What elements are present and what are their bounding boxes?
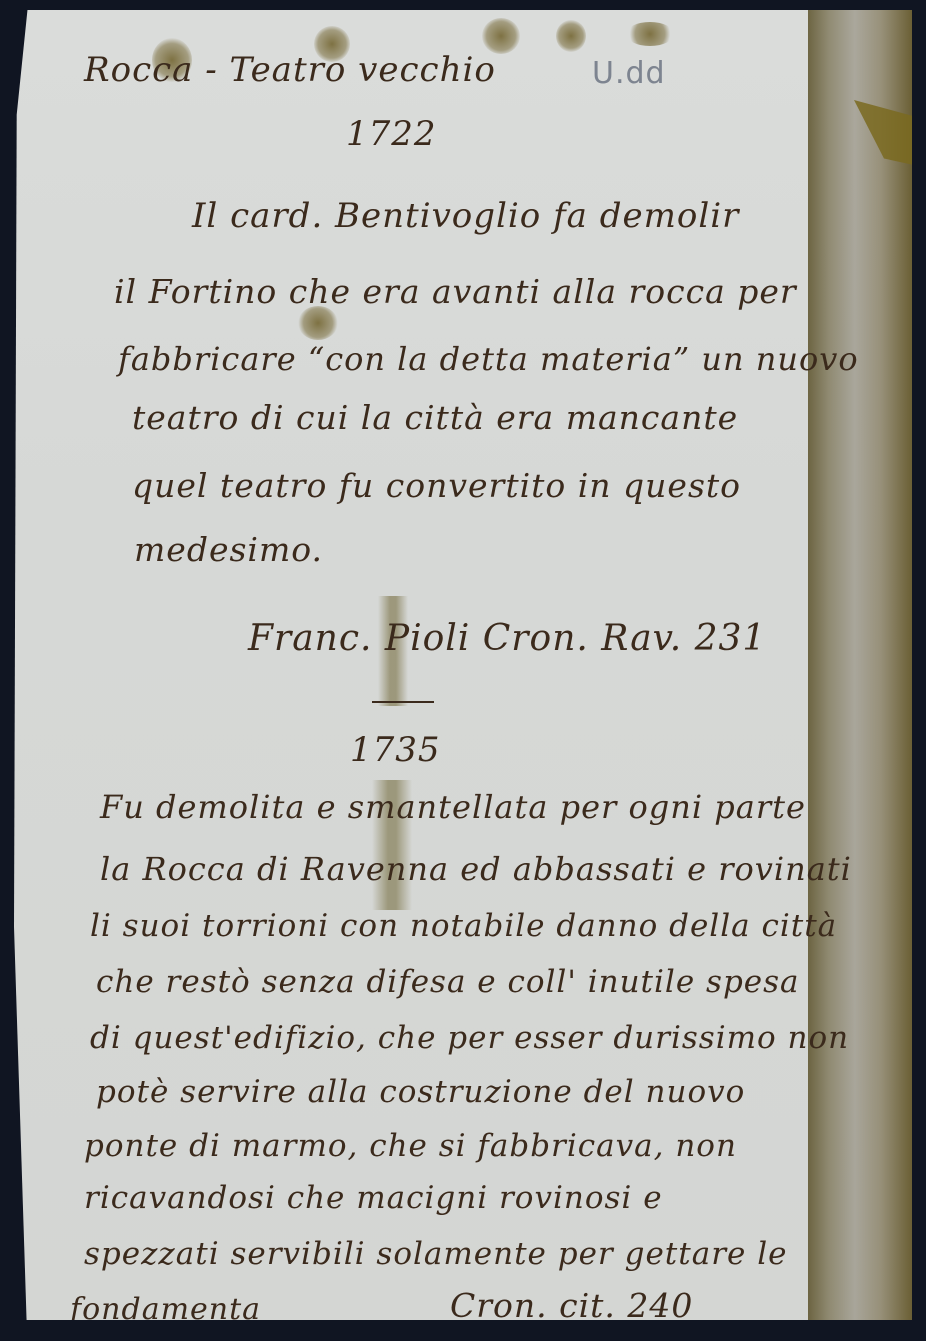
text-line: Il card. Bentivoglio fa demolir [192, 196, 739, 236]
ink-stain [482, 18, 520, 54]
text-line: teatro di cui la città era mancante [132, 398, 738, 437]
text-line: potè servire alla costruzione del nuovo [96, 1074, 745, 1110]
document-title: Rocca - Teatro vecchio [84, 50, 496, 90]
manuscript-page: Rocca - Teatro vecchio U.dd 1722 Il card… [14, 10, 912, 1320]
text-line: di quest'edifizio, che per esser durissi… [90, 1020, 849, 1056]
text-line: Fu demolita e smantellata per ogni parte [100, 788, 806, 826]
pencil-annotation: U.dd [592, 56, 666, 91]
ink-stain [626, 22, 674, 46]
ink-stain [298, 306, 338, 340]
ink-stain [556, 20, 586, 52]
text-line: fabbricare “con la detta materia” un nuo… [118, 340, 859, 378]
text-line: spezzati servibili solamente per gettare… [84, 1236, 787, 1272]
text-line: il Fortino che era avanti alla rocca per [114, 272, 797, 311]
text-line: che restò senza difesa e coll' inutile s… [96, 964, 800, 1000]
citation-pioli: Franc. Pioli Cron. Rav. 231 [248, 618, 766, 659]
text-line: medesimo. [134, 530, 323, 569]
citation-cron-cit: Cron. cit. 240 [450, 1286, 693, 1325]
section-divider [372, 701, 434, 703]
text-line: la Rocca di Ravenna ed abbassati e rovin… [100, 850, 852, 888]
adhesive-tape-strip [808, 10, 912, 1320]
year-1735: 1735 [350, 730, 441, 770]
text-line: fondamenta [70, 1292, 261, 1327]
year-1722: 1722 [346, 114, 437, 154]
title-text: Rocca - Teatro vecchio [84, 50, 496, 90]
text-line: li suoi torrioni con notabile danno dell… [90, 908, 837, 944]
text-line: ponte di marmo, che si fabbricava, non [84, 1128, 737, 1164]
text-line: ricavandosi che macigni rovinosi e [84, 1180, 663, 1216]
text-line: quel teatro fu convertito in questo [132, 466, 741, 505]
